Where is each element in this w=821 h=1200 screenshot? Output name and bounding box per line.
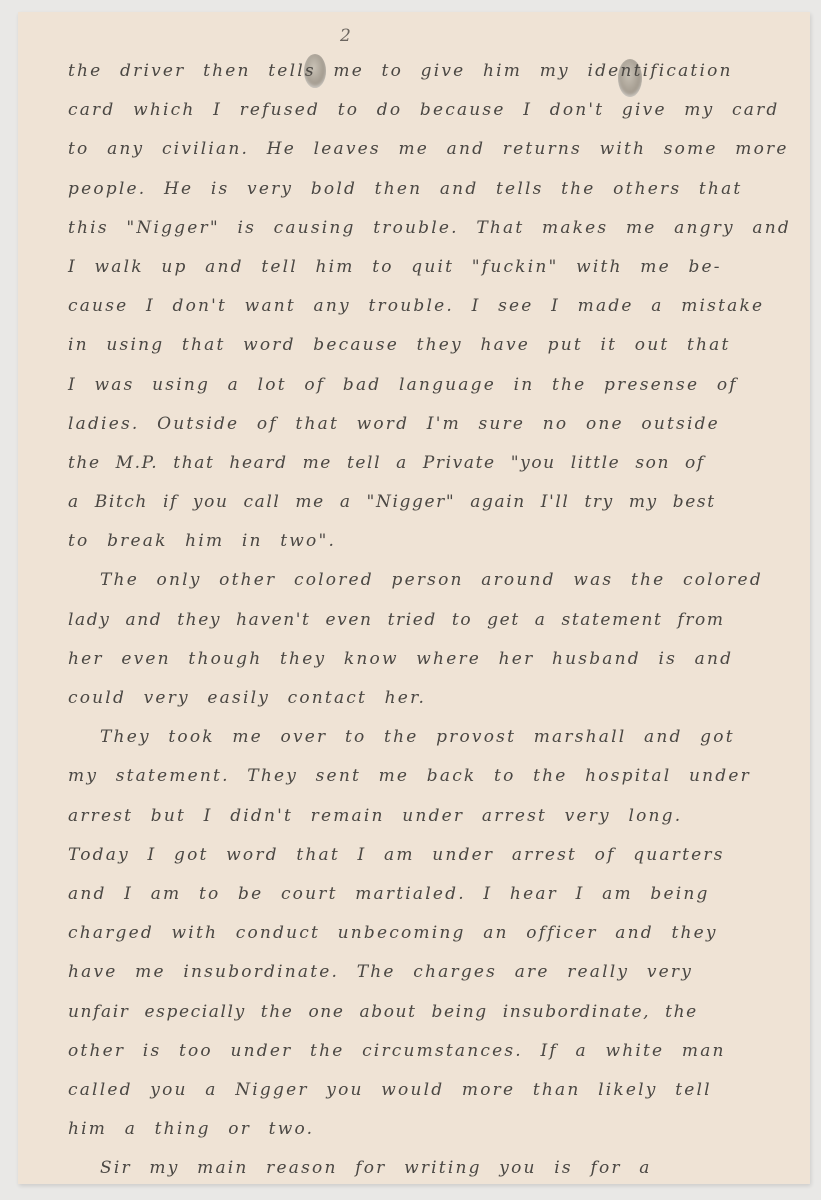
- text-line: arrest but I didn't remain under arrest …: [68, 801, 803, 840]
- letter-page: 2 the driver then tells me to give him m…: [18, 12, 810, 1184]
- text-line: called you a Nigger you would more than …: [68, 1075, 803, 1114]
- text-line: card which I refused to do because I don…: [68, 95, 803, 134]
- page-number: 2: [340, 26, 351, 46]
- text-line: my statement. They sent me back to the h…: [68, 761, 803, 800]
- text-line: people. He is very bold then and tells t…: [68, 174, 803, 213]
- text-line: unfair especially the one about being in…: [68, 997, 803, 1036]
- text-line: the M.P. that heard me tell a Private "y…: [68, 448, 803, 487]
- text-line: ladies. Outside of that word I'm sure no…: [68, 409, 803, 448]
- text-line: other is too under the circumstances. If…: [68, 1036, 803, 1075]
- text-line: a Bitch if you call me a "Nigger" again …: [68, 487, 803, 526]
- text-line: Today I got word that I am under arrest …: [68, 840, 803, 879]
- paragraph-start-line: They took me over to the provost marshal…: [68, 722, 803, 761]
- text-line: this "Nigger" is causing trouble. That m…: [68, 213, 803, 252]
- handwritten-body: the driver then tells me to give him my …: [68, 56, 803, 1192]
- text-line: him a thing or two.: [68, 1114, 803, 1153]
- text-line: in using that word because they have put…: [68, 330, 803, 369]
- text-line: have me insubordinate. The charges are r…: [68, 957, 803, 996]
- text-line: her even though they know where her husb…: [68, 644, 803, 683]
- text-line: lady and they haven't even tried to get …: [68, 605, 803, 644]
- text-line: to break him in two".: [68, 526, 803, 565]
- text-line: and I am to be court martialed. I hear I…: [68, 879, 803, 918]
- text-line: to any civilian. He leaves me and return…: [68, 134, 803, 173]
- text-line: the driver then tells me to give him my …: [68, 56, 803, 95]
- text-line: could very easily contact her.: [68, 683, 803, 722]
- paragraph-start-line: Sir my main reason for writing you is fo…: [68, 1153, 803, 1192]
- text-line: I walk up and tell him to quit "fuckin" …: [68, 252, 803, 291]
- text-line: I was using a lot of bad language in the…: [68, 370, 803, 409]
- text-line: cause I don't want any trouble. I see I …: [68, 291, 803, 330]
- text-line: charged with conduct unbecoming an offic…: [68, 918, 803, 957]
- paragraph-start-line: The only other colored person around was…: [68, 565, 803, 604]
